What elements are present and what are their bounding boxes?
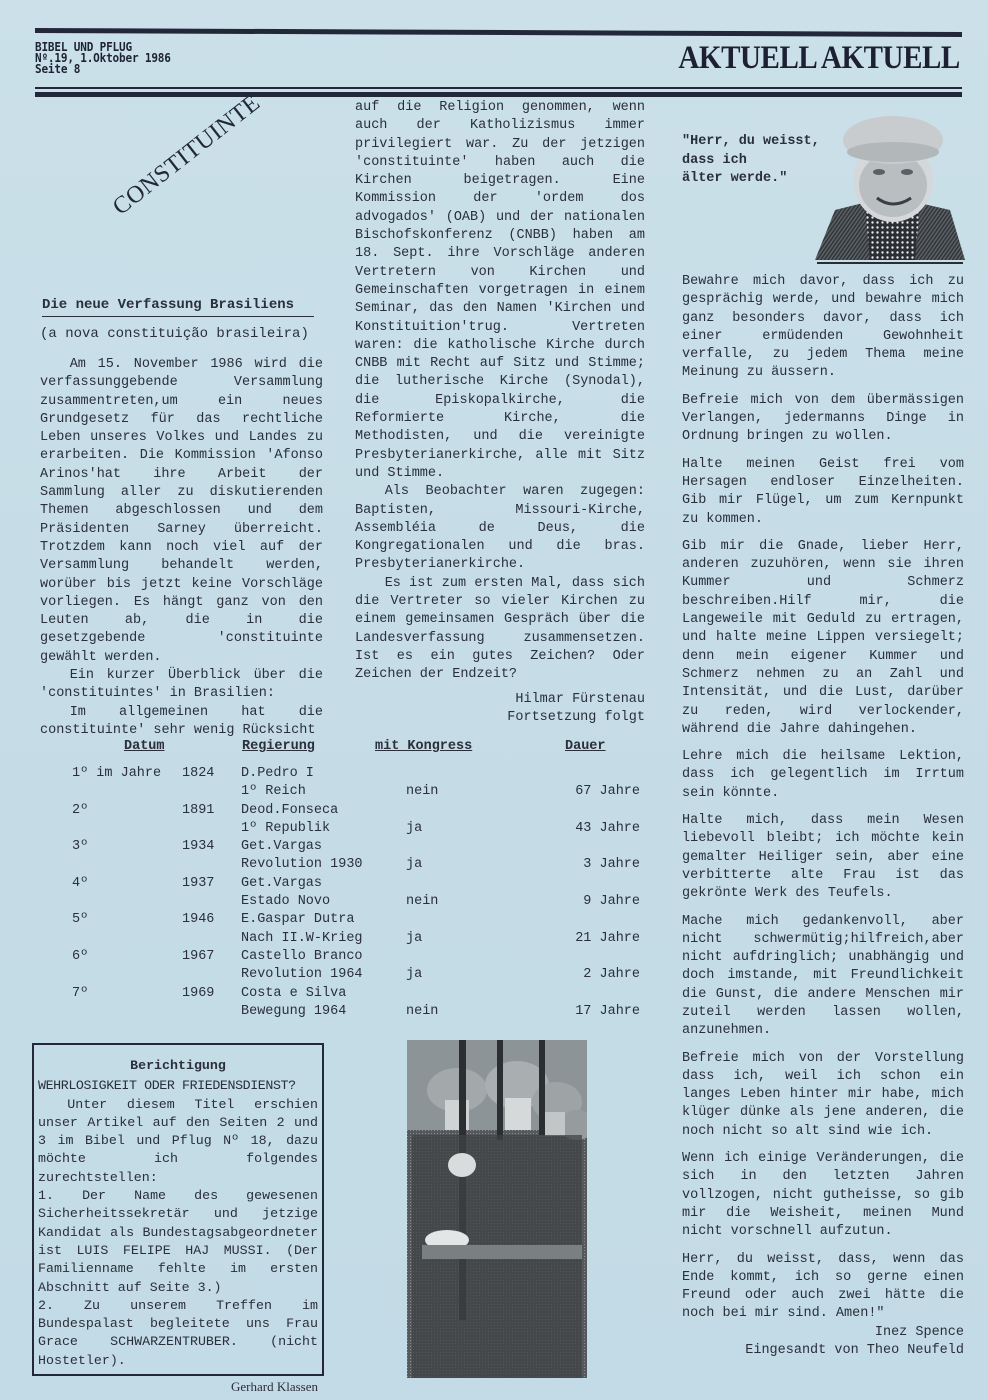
correction-paragraph: Unter diesem Titel erschien unser Artike…: [38, 1096, 318, 1187]
article-title: Die neue Verfassung Brasiliens: [42, 297, 314, 317]
table-cell-government: Get.Vargas: [241, 838, 322, 856]
table-row: 1º Reichnein67 Jahre: [40, 783, 650, 801]
prayer-paragraph: Halte mich, dass mein Wesen liebevoll bl…: [682, 812, 964, 903]
article-paragraph: Im allgemeinen hat die constituinte' seh…: [40, 704, 323, 741]
prayer-headline-line: älter werde.": [682, 170, 820, 189]
table-cell-year: 1824: [182, 765, 214, 783]
table-row: 1º Republikja43 Jahre: [40, 820, 650, 838]
table-cell-government-detail: 1º Reich: [241, 783, 306, 801]
table-cell-kongress: nein: [406, 1003, 438, 1021]
prayer-author: Inez Spence: [682, 1324, 964, 1342]
table-cell-number: 5º: [72, 911, 88, 929]
table-header-dauer: Dauer: [565, 739, 606, 754]
correction-paragraph: 2. Zu unserem Treffen im Bundespalast be…: [38, 1297, 318, 1370]
table-cell-government-detail: 1º Republik: [241, 820, 330, 838]
table-cell-dauer: 17 Jahre: [575, 1003, 640, 1021]
prayer-paragraph: Mache mich gedankenvoll, aber nicht schw…: [682, 913, 964, 1041]
table-cell-number: 6º: [72, 948, 88, 966]
table-cell-government-detail: Revolution 1930: [241, 856, 363, 874]
table-cell-kongress: nein: [406, 893, 438, 911]
table-row: Nach II.W-Kriegja21 Jahre: [40, 930, 650, 948]
article-paragraph: auf die Religion genommen, wenn auch der…: [355, 99, 645, 483]
table-cell-number: 1º im Jahre: [72, 765, 161, 783]
table-cell-number: 7º: [72, 985, 88, 1003]
table-row: 5º1946E.Gaspar Dutra: [40, 911, 650, 929]
table-cell-dauer: 21 Jahre: [575, 930, 640, 948]
table-cell-year: 1946: [182, 911, 214, 929]
correction-headline: WEHRLOSIGKEIT ODER FRIEDENSDIENST?: [38, 1077, 318, 1095]
article-paragraph: Es ist zum ersten Mal, dass sich die Ver…: [355, 575, 645, 685]
table-header-kongress: mit Kongress: [375, 739, 472, 754]
table-cell-government: Get.Vargas: [241, 875, 322, 893]
article-column-2: auf die Religion genommen, wenn auch der…: [355, 99, 645, 727]
table-cell-government: Costa e Silva: [241, 985, 346, 1003]
section-title: AKTUELL AKTUELL: [679, 40, 960, 77]
table-row: 1º im Jahre1824D.Pedro I: [40, 765, 650, 783]
prayer-paragraph: Wenn ich einige Veränderungen, die sich …: [682, 1150, 964, 1241]
table-cell-dauer: 67 Jahre: [575, 783, 640, 801]
table-cell-government: D.Pedro I: [241, 765, 314, 783]
prayer-paragraph: Lehre mich die heilsame Lektion, dass ic…: [682, 748, 964, 803]
table-cell-number: 3º: [72, 838, 88, 856]
table-cell-government: E.Gaspar Dutra: [241, 911, 354, 929]
table-row: 6º1967Castello Branco: [40, 948, 650, 966]
article-paragraph: Als Beobachter waren zugegen: Baptisten,…: [355, 483, 645, 574]
table-cell-number: 4º: [72, 875, 88, 893]
table-cell-number: 2º: [72, 802, 88, 820]
table-row: 3º1934Get.Vargas: [40, 838, 650, 856]
constituintes-table: 1º im Jahre1824D.Pedro I1º Reichnein67 J…: [40, 765, 650, 1021]
prayer-paragraph: Befreie mich von dem übermässigen Verlan…: [682, 392, 964, 447]
table-cell-year: 1891: [182, 802, 214, 820]
table-row: 2º1891Deod.Fonseca: [40, 802, 650, 820]
table-cell-dauer: 9 Jahre: [583, 893, 640, 911]
old-woman-photo: [815, 110, 965, 265]
article-paragraph: Am 15. November 1986 wird die verfassung…: [40, 356, 323, 667]
prayer-submitted-by: Eingesandt von Theo Neufeld: [682, 1342, 964, 1360]
table-cell-year: 1934: [182, 838, 214, 856]
article-column-1: Am 15. November 1986 wird die verfassung…: [40, 356, 323, 740]
prayer-headline: "Herr, du weisst, dass ich älter werde.": [682, 133, 820, 189]
soldiers-photo: [407, 1040, 587, 1378]
newspaper-page: BIBEL UND PFLUG Nº.19, 1.Oktober 1986 Se…: [0, 0, 988, 1400]
prayer-paragraph: Befreie mich von der Vorstellung dass ic…: [682, 1050, 964, 1141]
article-paragraph: Ein kurzer Überblick über die 'constitui…: [40, 667, 323, 704]
prayer-headline-line: "Herr, du weisst,: [682, 133, 820, 152]
correction-title: Berichtigung: [38, 1057, 318, 1075]
header-bottom-rule-thin: [35, 87, 962, 89]
table-cell-government-detail: Estado Novo: [241, 893, 330, 911]
table-cell-kongress: nein: [406, 783, 438, 801]
header-top-rule: [35, 28, 962, 37]
masthead: BIBEL UND PFLUG Nº.19, 1.Oktober 1986 Se…: [35, 42, 171, 75]
constituinte-stamp: CONSTITUINTE: [108, 90, 266, 222]
table-cell-government: Castello Branco: [241, 948, 363, 966]
table-cell-year: 1969: [182, 985, 214, 1003]
table-cell-dauer: 43 Jahre: [575, 820, 640, 838]
table-cell-kongress: ja: [406, 930, 422, 948]
article-subtitle: (a nova constituição brasileira): [40, 326, 309, 342]
table-cell-year: 1967: [182, 948, 214, 966]
table-row: 4º1937Get.Vargas: [40, 875, 650, 893]
article-author: Hilmar Fürstenau: [355, 691, 645, 709]
table-cell-government-detail: Bewegung 1964: [241, 1003, 346, 1021]
table-header-datum: Datum: [124, 739, 165, 754]
table-cell-government-detail: Nach II.W-Krieg: [241, 930, 363, 948]
prayer-paragraph: Herr, du weisst, dass, wenn das Ende kom…: [682, 1251, 964, 1324]
prayer-paragraph: Gib mir die Gnade, lieber Herr, anderen …: [682, 538, 964, 739]
correction-box: Berichtigung WEHRLOSIGKEIT ODER FRIEDENS…: [32, 1043, 324, 1376]
table-row: Revolution 1930ja3 Jahre: [40, 856, 650, 874]
table-row: Revolution 1964ja2 Jahre: [40, 966, 650, 984]
table-row: Estado Novonein9 Jahre: [40, 893, 650, 911]
table-cell-kongress: ja: [406, 820, 422, 838]
table-cell-dauer: 3 Jahre: [583, 856, 640, 874]
correction-paragraph: 1. Der Name des gewesenen Sicherheitssek…: [38, 1187, 318, 1297]
prayer-paragraph: Halte meinen Geist frei vom Hersagen end…: [682, 456, 964, 529]
table-header-regierung: Regierung: [242, 739, 315, 754]
continued-note: Fortsetzung folgt: [355, 709, 645, 727]
header-bottom-rule-thick: [35, 92, 962, 97]
table-cell-kongress: ja: [406, 856, 422, 874]
prayer-paragraph: Bewahre mich davor, dass ich zu gespräch…: [682, 273, 964, 383]
table-cell-government: Deod.Fonseca: [241, 802, 338, 820]
table-cell-year: 1937: [182, 875, 214, 893]
correction-signature: Gerhard Klassen: [38, 1378, 318, 1396]
page-number: Seite 8: [35, 64, 171, 75]
table-cell-kongress: ja: [406, 966, 422, 984]
table-row: Bewegung 1964nein17 Jahre: [40, 1003, 650, 1021]
table-cell-government-detail: Revolution 1964: [241, 966, 363, 984]
prayer-headline-line: dass ich: [682, 152, 820, 171]
table-cell-dauer: 2 Jahre: [583, 966, 640, 984]
table-row: 7º1969Costa e Silva: [40, 985, 650, 1003]
prayer-column: Bewahre mich davor, dass ich zu gespräch…: [682, 273, 964, 1360]
